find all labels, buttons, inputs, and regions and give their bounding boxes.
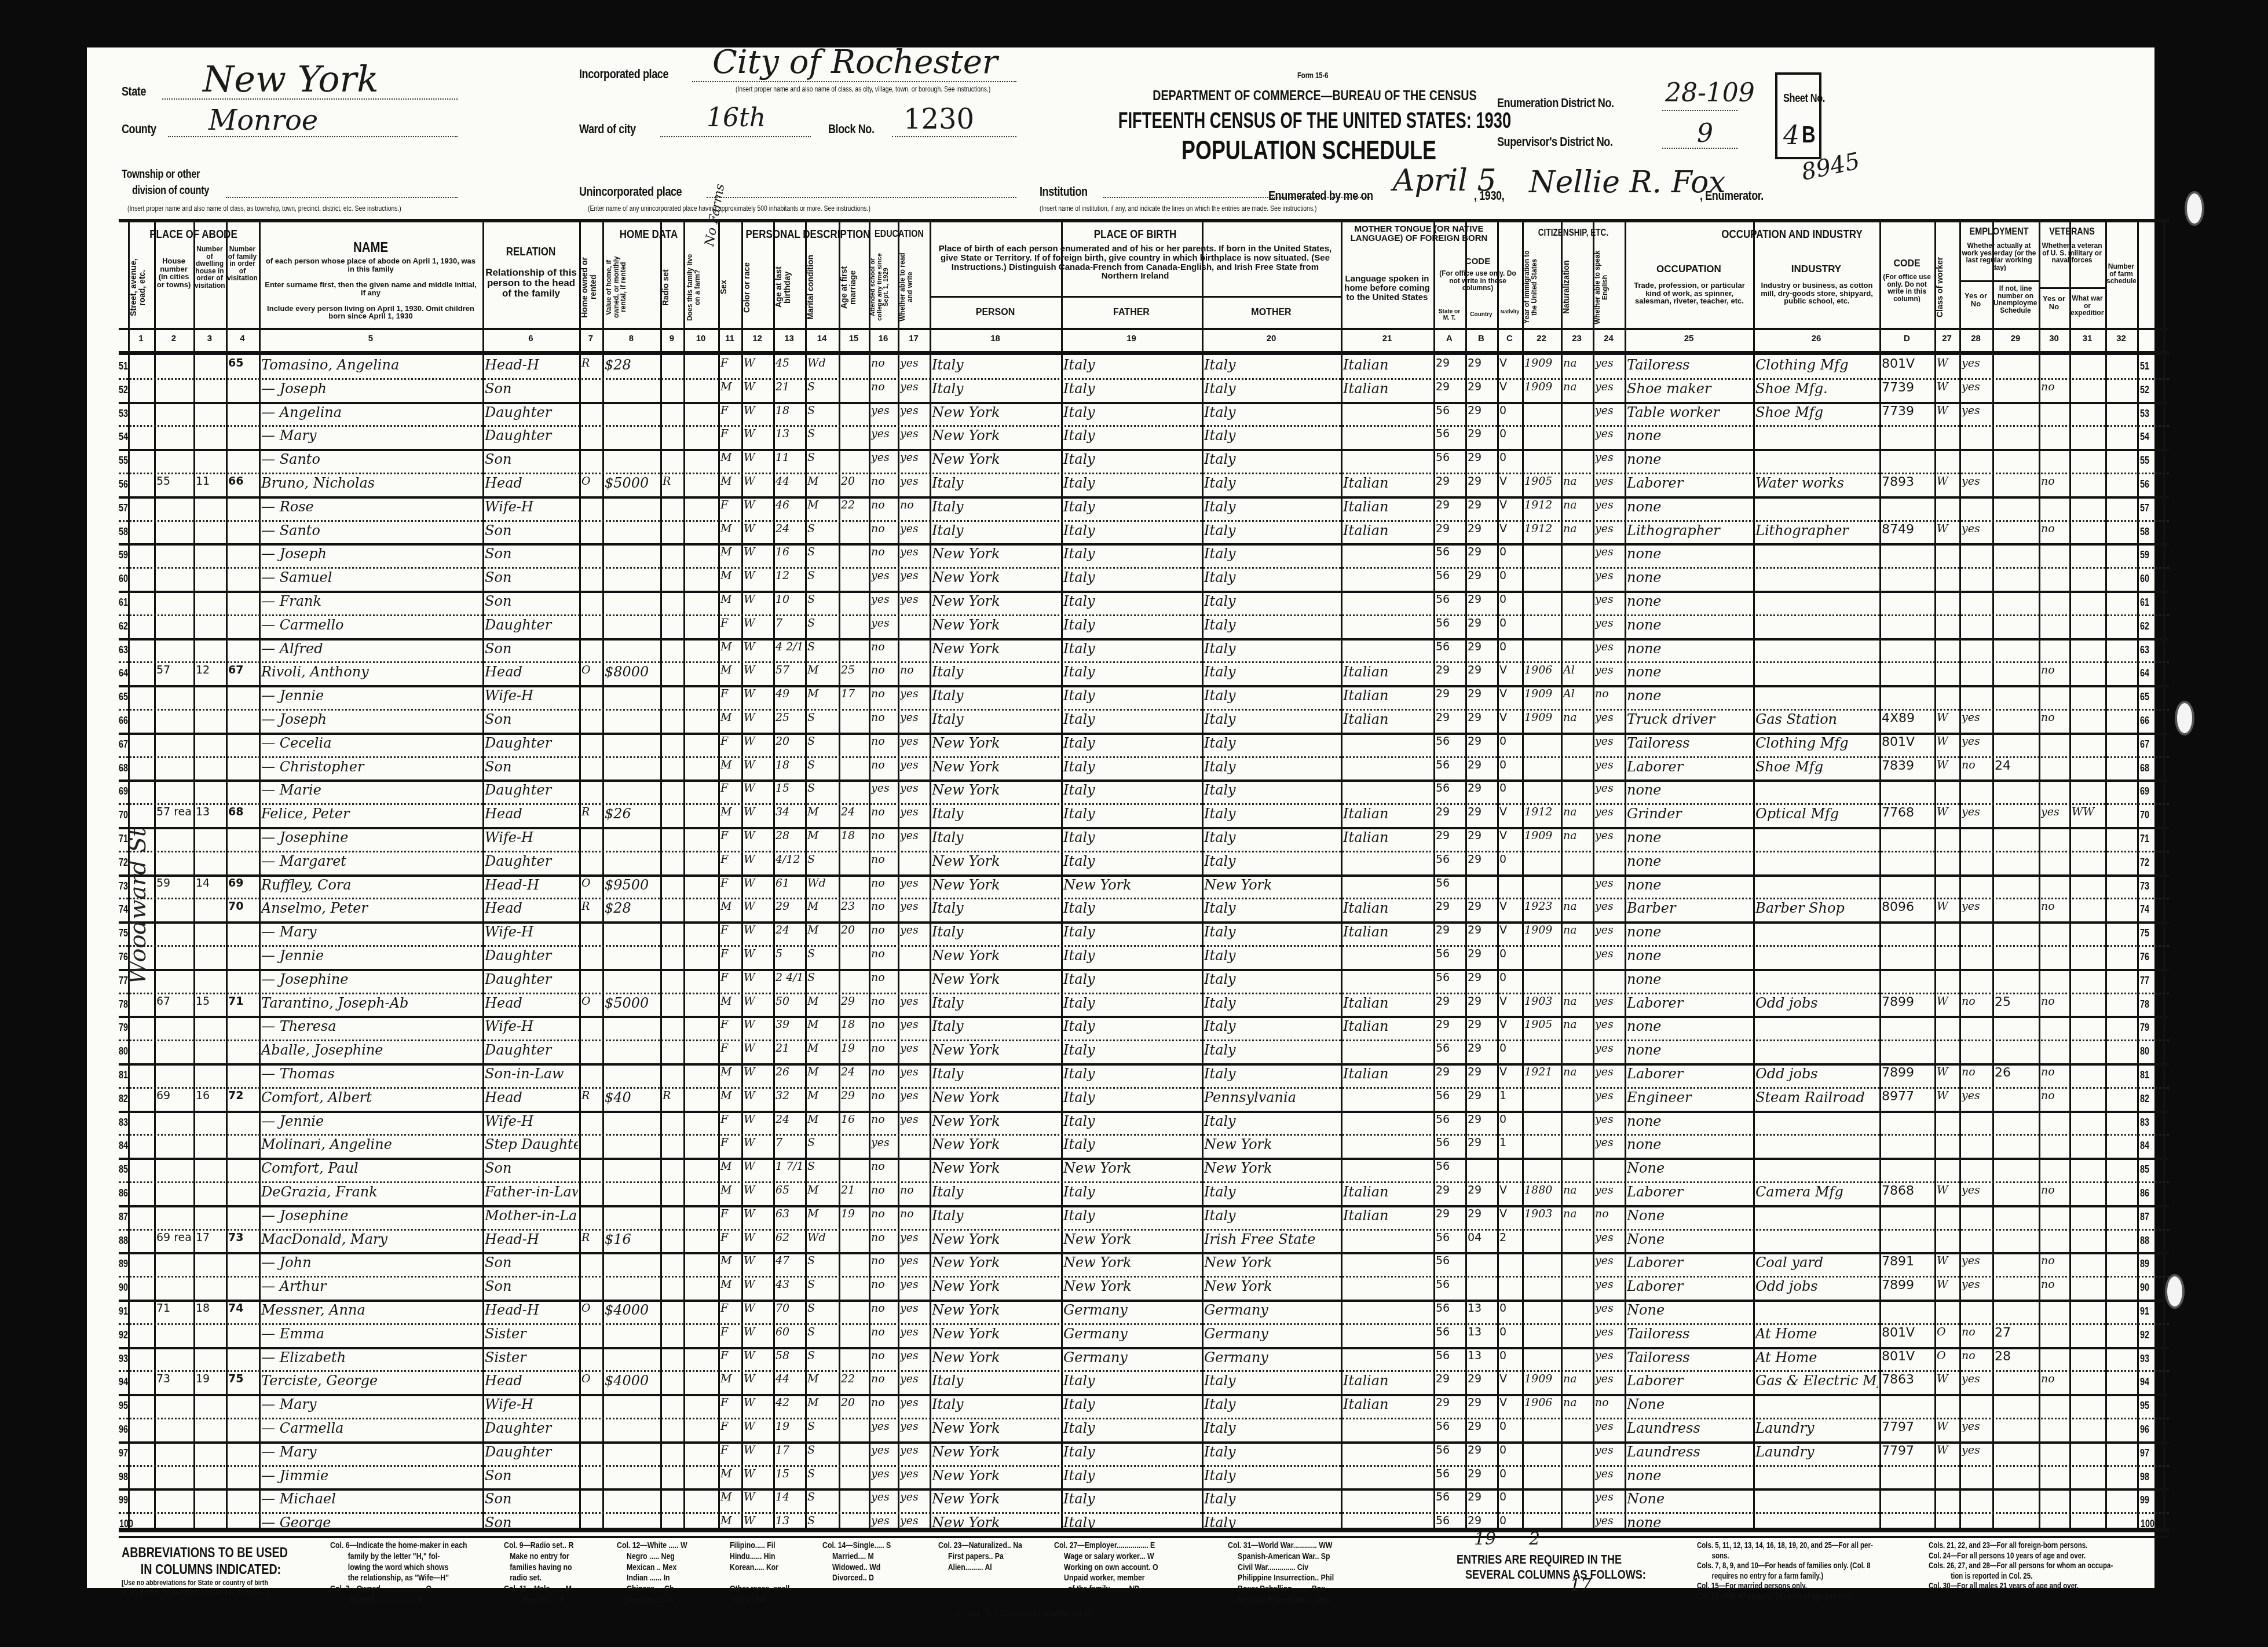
col-24-header: Whether able to speak English — [1594, 250, 1623, 324]
cell-occupation: none — [1627, 1467, 1752, 1484]
cell-tongue: Italian — [1343, 711, 1432, 727]
cell-age: 57 — [775, 664, 804, 676]
cell-birth: Italy — [932, 1372, 1060, 1389]
line-number-right: 65 — [2140, 691, 2149, 703]
county-label: County — [122, 122, 156, 137]
cell-vet: no — [2041, 1089, 2068, 1102]
cell-codeC: V — [1499, 1396, 1521, 1409]
cell-occupation: Laborer — [1627, 995, 1752, 1011]
cell-natur: na — [1563, 924, 1592, 936]
cell-relation: Head — [485, 1089, 578, 1106]
cell-father: New York — [1063, 877, 1201, 893]
cell-immig: 1880 — [1524, 1184, 1560, 1196]
cell-age: 14 — [775, 1491, 804, 1503]
cell-class: W — [1937, 404, 1958, 417]
cell-age: 65 — [775, 1184, 804, 1196]
cell-tongue: Italian — [1343, 475, 1432, 491]
cell-relation: Head-H — [485, 1231, 578, 1247]
cell-mother: New York — [1204, 1254, 1340, 1271]
cell-relation: Son — [485, 1467, 578, 1484]
cell-birth: Italy — [932, 900, 1060, 916]
cell-name: — Jennie — [261, 1113, 481, 1129]
cell-codeC: 1 — [1499, 1136, 1521, 1149]
cell-marital: M — [807, 995, 837, 1008]
cell-sex: F — [720, 1349, 740, 1362]
cell-dwelling: 13 — [196, 806, 225, 818]
cell-codeB: 13 — [1468, 1326, 1496, 1338]
line-number-right: 72 — [2140, 857, 2149, 869]
cell-read: yes — [900, 1420, 928, 1433]
cell-mother: Italy — [1204, 1467, 1340, 1484]
cell-father: Italy — [1063, 853, 1201, 869]
cell-codeB: 29 — [1468, 617, 1496, 629]
line-number: 66 — [119, 715, 128, 727]
col-17-header: Whether able to read and write — [899, 250, 928, 324]
cell-marital: S — [807, 1467, 837, 1480]
cell-codeA: 56 — [1436, 1254, 1464, 1267]
cell-industry: Laundry — [1755, 1420, 1878, 1436]
line-number-right: 82 — [2140, 1093, 2149, 1105]
cell-codeA: 56 — [1436, 1444, 1464, 1456]
cell-english: yes — [1595, 1018, 1623, 1031]
cell-industry: Gas & Electric Mfg — [1755, 1372, 1878, 1389]
cell-codeB: 29 — [1468, 1444, 1496, 1456]
cell-sex: F — [720, 1113, 740, 1126]
cell-mother: Italy — [1204, 900, 1340, 916]
cell-sex: M — [720, 759, 740, 771]
cell-father: Italy — [1063, 1491, 1201, 1507]
cell-father: New York — [1063, 1160, 1201, 1176]
cell-occupation: Table worker — [1627, 404, 1752, 420]
cell-codeA: 56 — [1436, 1420, 1464, 1433]
cell-relation: Head-H — [485, 357, 578, 373]
cell-english: yes — [1595, 1372, 1623, 1385]
cell-school: no — [871, 1018, 897, 1031]
cell-name: Comfort, Paul — [261, 1160, 481, 1176]
cell-codeA: 56 — [1436, 1349, 1464, 1362]
cell-race: W — [744, 357, 772, 369]
group-occupation-industry: OCCUPATION AND INDUSTRY — [1649, 228, 1934, 241]
cell-industry: Water works — [1755, 475, 1878, 491]
cell-relation: Sister — [485, 1349, 578, 1366]
cell-race: W — [744, 1491, 772, 1503]
cell-codeC: V — [1499, 1372, 1521, 1385]
cell-codeB: 29 — [1468, 971, 1496, 984]
cell-birth: New York — [932, 877, 1060, 893]
line-number-right: 100 — [2141, 1518, 2154, 1530]
cell-class: W — [1937, 1444, 1958, 1456]
cell-birth: New York — [932, 1160, 1060, 1176]
group-veterans: VETERANS — [2044, 226, 2101, 237]
cell-codeB: 29 — [1468, 924, 1496, 936]
cell-name: Tarantino, Joseph-Ab — [261, 995, 481, 1011]
col-22-header: Year of immigration to the United States — [1523, 250, 1560, 324]
cell-industry: Odd jobs — [1755, 1278, 1878, 1294]
cell-class: W — [1937, 806, 1958, 818]
cell-sex: F — [720, 829, 740, 842]
entries-list-1: Cols. 5, 11, 12, 13, 14, 16, 18, 19, 20,… — [1697, 1540, 1873, 1601]
cell-tongue: Italian — [1343, 1018, 1432, 1034]
cell-english: yes — [1595, 569, 1623, 582]
cell-name: — Theresa — [261, 1018, 481, 1034]
cell-read: yes — [900, 924, 928, 936]
cell-vet: no — [2041, 380, 2068, 393]
col-19-header: FATHER — [1061, 308, 1202, 318]
cell-tenure: R — [581, 806, 601, 818]
column-number: 30 — [2039, 334, 2069, 343]
cell-english: yes — [1595, 1231, 1623, 1244]
cell-class: W — [1937, 1420, 1958, 1433]
cell-natur: Al — [1563, 664, 1592, 676]
cell-english: yes — [1595, 475, 1623, 488]
cell-sex: M — [720, 1066, 740, 1078]
cell-school: yes — [871, 451, 897, 464]
col-2-header: House number (in cities or towns) — [155, 257, 192, 289]
cell-age: 32 — [775, 1089, 804, 1102]
col-20-header: MOTHER — [1202, 308, 1341, 318]
printer-imprint: 11—6027 U. S. GOVERNMENT PRINTING OFFICE — [956, 1610, 1093, 1619]
cell-read: yes — [900, 711, 928, 724]
line-number: 58 — [119, 526, 128, 538]
cell-father: Italy — [1063, 1113, 1201, 1129]
abbrev-col-6-7: Col. 6—Indicate the home-maker in each f… — [330, 1540, 467, 1606]
cell-race: W — [744, 569, 772, 582]
cell-sex: F — [720, 1326, 740, 1338]
cell-english: yes — [1595, 640, 1623, 653]
cell-father: Italy — [1063, 759, 1201, 775]
cell-age-marr: 19 — [841, 1207, 868, 1220]
cell-value: $5000 — [605, 995, 659, 1011]
cell-sex: F — [720, 404, 740, 417]
cell-sex: F — [720, 1420, 740, 1433]
cell-sex: F — [720, 427, 740, 440]
cell-school: no — [871, 735, 897, 748]
cell-occupation: none — [1627, 971, 1752, 987]
ed-label: Enumeration District No. — [1497, 96, 1614, 111]
cell-class: W — [1937, 995, 1958, 1008]
col-3-header: Number of dwelling house in order of vis… — [195, 246, 225, 290]
cell-marital: Wd — [807, 877, 837, 890]
column-number: 10 — [683, 334, 718, 343]
line-number-right: 83 — [2140, 1117, 2149, 1129]
abbrev-col-27: Col. 27—Employer................ E Wage … — [1054, 1540, 1158, 1595]
cell-age: 16 — [775, 546, 804, 558]
cell-war: WW — [2072, 806, 2104, 818]
cell-english: yes — [1595, 427, 1623, 440]
cell-codeC: 0 — [1499, 427, 1521, 440]
cell-codeA: 56 — [1436, 569, 1464, 582]
cell-father: Italy — [1063, 499, 1201, 515]
cell-english: yes — [1595, 900, 1623, 913]
cell-name: MacDonald, Mary — [261, 1231, 481, 1247]
cell-age: 10 — [775, 593, 804, 606]
cell-codeA: 56 — [1436, 1467, 1464, 1480]
cell-race: W — [744, 687, 772, 700]
cell-family: 69 — [228, 877, 258, 890]
cell-codeA: 29 — [1436, 475, 1464, 488]
cell-codeB: 29 — [1468, 499, 1496, 511]
cell-industry: Shoe Mfg — [1755, 404, 1878, 420]
cell-class: W — [1937, 1372, 1958, 1385]
cell-work: yes — [1962, 1089, 1991, 1102]
cell-occupation: Grinder — [1627, 806, 1752, 822]
cell-read: yes — [900, 380, 928, 393]
cell-codeA: 29 — [1436, 1184, 1464, 1196]
cell-marital: S — [807, 947, 837, 960]
line-number: 65 — [119, 691, 128, 703]
population-table: PLACE OF ABODE NAME RELATION HOME DATA N… — [119, 219, 2169, 1532]
cell-age-marr: 23 — [841, 900, 868, 913]
line-number-right: 62 — [2140, 620, 2149, 632]
line-number-right: 81 — [2140, 1069, 2149, 1081]
cell-father: Italy — [1063, 735, 1201, 751]
cell-natur: na — [1563, 357, 1592, 369]
cell-name: Bruno, Nicholas — [261, 475, 481, 491]
cell-tenure: R — [581, 357, 601, 369]
line-number: 87 — [119, 1211, 128, 1223]
cell-birth: New York — [932, 1420, 1060, 1436]
cell-codeA: 56 — [1436, 735, 1464, 748]
cell-immig: 1912 — [1524, 499, 1560, 511]
cell-relation: Head — [485, 900, 578, 916]
cell-english: yes — [1595, 711, 1623, 724]
line-number: 85 — [119, 1163, 128, 1176]
cell-work: yes — [1962, 1184, 1991, 1196]
cell-name: — Frank — [261, 593, 481, 609]
cell-sex: M — [720, 1254, 740, 1267]
cell-codeA: 56 — [1436, 1278, 1464, 1291]
col-4-header: Number of family in order of visitation — [227, 246, 258, 282]
cell-name: — Jennie — [261, 687, 481, 704]
cell-name: — Arthur — [261, 1278, 481, 1294]
cell-occupation: none — [1627, 1018, 1752, 1034]
cell-codeA: 29 — [1436, 924, 1464, 936]
cell-marital: S — [807, 735, 837, 748]
cell-sex: F — [720, 1042, 740, 1055]
cell-relation: Head — [485, 806, 578, 822]
cell-read: yes — [900, 1278, 928, 1291]
cell-marital: S — [807, 1160, 837, 1173]
cell-birth: Italy — [932, 475, 1060, 491]
cell-marital: M — [807, 1089, 837, 1102]
cell-family: 68 — [228, 806, 258, 818]
cell-codeA: 29 — [1436, 1396, 1464, 1409]
line-number-right: 76 — [2140, 951, 2149, 963]
cell-birth: New York — [932, 782, 1060, 798]
cell-marital: M — [807, 829, 837, 842]
cell-school: no — [871, 475, 897, 488]
cell-codeA: 29 — [1436, 1207, 1464, 1220]
cell-natur: na — [1563, 1066, 1592, 1078]
cell-age: 20 — [775, 735, 804, 748]
line-number: 83 — [119, 1117, 128, 1129]
line-number: 91 — [119, 1305, 128, 1317]
cell-birth: New York — [932, 1302, 1060, 1318]
cell-sex: M — [720, 1372, 740, 1385]
cell-race: W — [744, 1207, 772, 1220]
cell-family: 71 — [228, 995, 258, 1008]
cell-english: yes — [1595, 1184, 1623, 1196]
cell-occupation: none — [1627, 593, 1752, 609]
cell-school: yes — [871, 427, 897, 440]
cell-read: yes — [900, 1066, 928, 1078]
line-number: 59 — [119, 549, 128, 561]
cell-father: Italy — [1063, 451, 1201, 467]
cell-school: no — [871, 829, 897, 842]
line-number: 80 — [119, 1045, 128, 1057]
cell-read: yes — [900, 1396, 928, 1409]
cell-codeA: 29 — [1436, 711, 1464, 724]
township-label-1: Township or other — [122, 168, 200, 181]
line-number-right: 75 — [2140, 927, 2149, 939]
cell-marital: S — [807, 569, 837, 582]
cell-codeB: 04 — [1468, 1231, 1496, 1244]
column-number: 15 — [839, 334, 869, 343]
cell-codeC: 0 — [1499, 1491, 1521, 1503]
cell-codeD: 7797 — [1882, 1420, 1933, 1434]
cell-birth: New York — [932, 427, 1060, 444]
cell-birth: Italy — [932, 687, 1060, 704]
line-number: 70 — [119, 809, 128, 821]
cell-codeA: 29 — [1436, 380, 1464, 393]
incorporated-value: City of Rochester — [712, 43, 998, 81]
cell-natur: na — [1563, 806, 1592, 818]
cell-class: W — [1937, 759, 1958, 771]
line-number-right: 53 — [2140, 408, 2149, 420]
cell-value: $28 — [605, 357, 659, 373]
cell-relation: Son — [485, 1160, 578, 1176]
cell-value: $8000 — [605, 664, 659, 680]
cell-codeA: 56 — [1436, 1514, 1464, 1527]
line-number: 78 — [119, 998, 128, 1011]
cell-english: yes — [1595, 451, 1623, 464]
cell-mother: Germany — [1204, 1326, 1340, 1342]
cell-codeA: 56 — [1436, 1302, 1464, 1315]
cell-father: Italy — [1063, 593, 1201, 609]
cell-occupation: Barber — [1627, 900, 1752, 916]
cell-name: Aballe, Josephine — [261, 1042, 481, 1058]
cell-vet: no — [2041, 711, 2068, 724]
cell-occupation: Laborer — [1627, 1278, 1752, 1294]
cell-marital: M — [807, 806, 837, 818]
cell-race: W — [744, 1278, 772, 1291]
cell-occupation: none — [1627, 546, 1752, 562]
cell-occupation: none — [1627, 687, 1752, 704]
cell-race: W — [744, 1231, 772, 1244]
cell-name: — George — [261, 1514, 481, 1531]
column-number: 32 — [2105, 334, 2137, 343]
cell-english: yes — [1595, 617, 1623, 629]
cell-codeA: 56 — [1436, 1089, 1464, 1102]
cell-codeC: 0 — [1499, 546, 1521, 558]
cell-natur: na — [1563, 1396, 1592, 1409]
cell-sex: M — [720, 1184, 740, 1196]
unincorporated-note: (Enter name of any unincorporated place … — [588, 204, 870, 213]
cell-codeB: 29 — [1468, 1396, 1496, 1409]
cell-marital: S — [807, 380, 837, 393]
cell-race: W — [744, 593, 772, 606]
cell-father: Italy — [1063, 1089, 1201, 1106]
cell-occupation: Engineer — [1627, 1089, 1752, 1106]
cell-tongue: Italian — [1343, 900, 1432, 916]
cell-house: 69 — [156, 1089, 192, 1102]
cell-relation: Son — [485, 569, 578, 585]
cell-birth: New York — [932, 640, 1060, 657]
col-30-header: Yes or No — [2040, 295, 2068, 310]
cell-immig: 1912 — [1524, 522, 1560, 535]
cell-codeA: 56 — [1436, 759, 1464, 771]
group-place-of-abode: PLACE OF ABODE — [138, 228, 249, 241]
cell-english: yes — [1595, 357, 1623, 369]
cell-name: — Santo — [261, 451, 481, 467]
cell-codeA: 56 — [1436, 1491, 1464, 1503]
line-number: 97 — [119, 1447, 128, 1459]
cell-codeC: 0 — [1499, 853, 1521, 866]
line-number-right: 89 — [2140, 1258, 2149, 1270]
column-number: 24 — [1593, 334, 1625, 343]
cell-birth: New York — [932, 1254, 1060, 1271]
col-25-header: Trade, profession, or particular kind of… — [1627, 281, 1752, 305]
cell-school: no — [871, 806, 897, 818]
cell-read: yes — [900, 759, 928, 771]
cell-codeB: 29 — [1468, 546, 1496, 558]
cell-marital: M — [807, 1396, 837, 1409]
cell-name: — Christopher — [261, 759, 481, 775]
col-5-header: of each person whose place of abode on A… — [264, 257, 478, 320]
cell-marital: M — [807, 687, 837, 700]
tally-mark-3: 17 — [1570, 1575, 1592, 1595]
cell-sex: F — [720, 735, 740, 748]
cell-mother: Irish Free State — [1204, 1231, 1340, 1247]
cell-vet: no — [2041, 664, 2068, 676]
cell-codeC: 0 — [1499, 404, 1521, 417]
cell-marital: S — [807, 1326, 837, 1338]
cell-father: Italy — [1063, 1420, 1201, 1436]
cell-codeB: 29 — [1468, 522, 1496, 535]
cell-birth: New York — [932, 617, 1060, 633]
cell-school: yes — [871, 404, 897, 417]
cell-age: 7 — [775, 617, 804, 629]
line-number-right: 57 — [2140, 502, 2149, 514]
line-number-right: 88 — [2140, 1235, 2149, 1247]
cell-codeB: 29 — [1468, 427, 1496, 440]
cell-work: no — [1962, 759, 1991, 771]
cell-name: — Rose — [261, 499, 481, 515]
cell-codeC: V — [1499, 806, 1521, 818]
cell-birth: New York — [932, 853, 1060, 869]
cell-english: no — [1595, 1207, 1623, 1220]
cell-sex: M — [720, 995, 740, 1008]
cell-house: 71 — [156, 1302, 192, 1315]
cell-english: no — [1595, 687, 1623, 700]
cell-age: 44 — [775, 1372, 804, 1385]
cell-birth: New York — [932, 404, 1060, 420]
line-number: 79 — [119, 1022, 128, 1034]
cell-race: W — [744, 475, 772, 488]
cell-sex: F — [720, 947, 740, 960]
cell-read: yes — [900, 451, 928, 464]
cell-relation: Daughter — [485, 617, 578, 633]
cell-mother: Italy — [1204, 1491, 1340, 1507]
cell-sex: M — [720, 1514, 740, 1527]
cell-birth: New York — [932, 1326, 1060, 1342]
cell-birth: Italy — [932, 499, 1060, 515]
cell-father: Italy — [1063, 947, 1201, 964]
cell-codeD: 7797 — [1882, 1444, 1933, 1458]
cell-vet: no — [2041, 522, 2068, 535]
col-25-title: OCCUPATION — [1626, 264, 1752, 274]
cell-marital: S — [807, 1420, 837, 1433]
